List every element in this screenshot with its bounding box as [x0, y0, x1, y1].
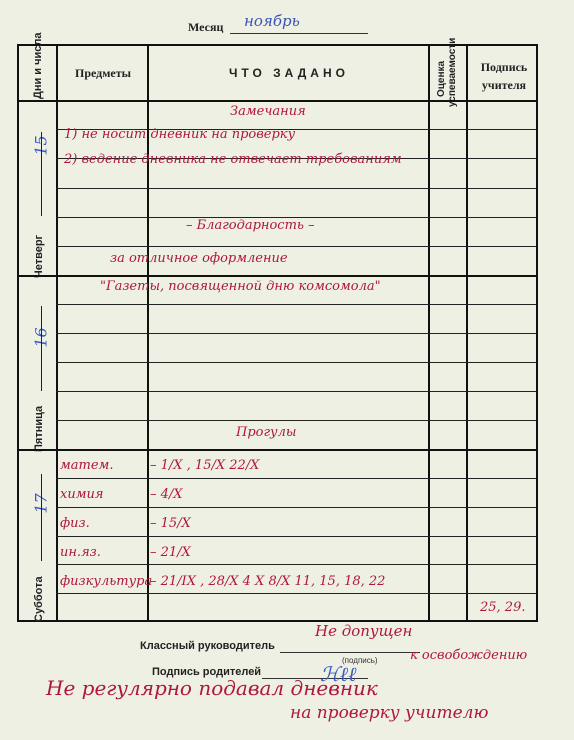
row-line	[19, 100, 536, 102]
row-line	[56, 478, 536, 479]
row-line	[56, 507, 536, 508]
row-line	[56, 188, 536, 189]
header-grade: Оценка успеваемости	[436, 51, 458, 107]
row-line	[56, 304, 536, 305]
entry: – 4/X	[150, 487, 183, 502]
entry: 1) не носит дневник на проверку	[64, 127, 295, 142]
month-label: Месяц	[188, 20, 223, 35]
row-line	[56, 536, 536, 537]
entry: – Благодарность –	[186, 218, 315, 233]
entry: – 21/X	[150, 545, 191, 560]
note: на проверку учителю	[290, 703, 488, 723]
row-line	[56, 564, 536, 565]
date-line	[41, 474, 42, 561]
entry: Замечания	[230, 104, 306, 119]
class-teacher-label: Классный руководитель	[140, 640, 275, 652]
note: к освобождению	[410, 648, 527, 663]
subject: ин.яз.	[60, 545, 101, 560]
subject: физ.	[60, 516, 90, 531]
entry: Прогулы	[236, 425, 296, 440]
weekday-saturday: Суббота	[33, 542, 45, 622]
subject: матем.	[60, 458, 113, 473]
signature-line	[280, 652, 420, 653]
entry: за отличное оформление	[110, 251, 288, 266]
row-line	[56, 391, 536, 392]
weekday-thursday: Четверг	[33, 198, 45, 278]
row-line	[56, 333, 536, 334]
entry: 2) ведение дневника не отвечает требован…	[64, 152, 402, 167]
row-line	[56, 246, 536, 247]
month-value: ноябрь	[244, 12, 300, 30]
date-line	[41, 132, 42, 216]
entry: "Газеты, посвященной дню комсомола"	[100, 279, 381, 294]
entry: – 1/X , 15/X 22/X	[150, 458, 259, 473]
row-line	[56, 420, 536, 421]
month-line	[230, 33, 368, 34]
header-teacher-signature: Подпись учителя	[469, 58, 539, 94]
header-days: Дни и числа	[32, 45, 44, 99]
header-assigned: ЧТО ЗАДАНО	[149, 66, 429, 80]
date-line	[41, 306, 42, 391]
row-line	[19, 449, 536, 451]
note: Не регулярно подавал дневник	[46, 676, 378, 700]
weekday-friday: Пятница	[33, 372, 45, 452]
header-subjects: Предметы	[59, 66, 147, 81]
row-line	[56, 362, 536, 363]
row-line	[19, 275, 536, 277]
entry: – 15/X	[150, 516, 191, 531]
row-line	[56, 593, 536, 594]
subject: химия	[60, 487, 103, 502]
subject: физкультура	[60, 574, 152, 589]
entry: – 21/IX , 28/X 4 X 8/X 11, 15, 18, 22	[150, 574, 385, 589]
entry: 25, 29.	[480, 600, 525, 615]
note: Не допущен	[315, 622, 412, 640]
